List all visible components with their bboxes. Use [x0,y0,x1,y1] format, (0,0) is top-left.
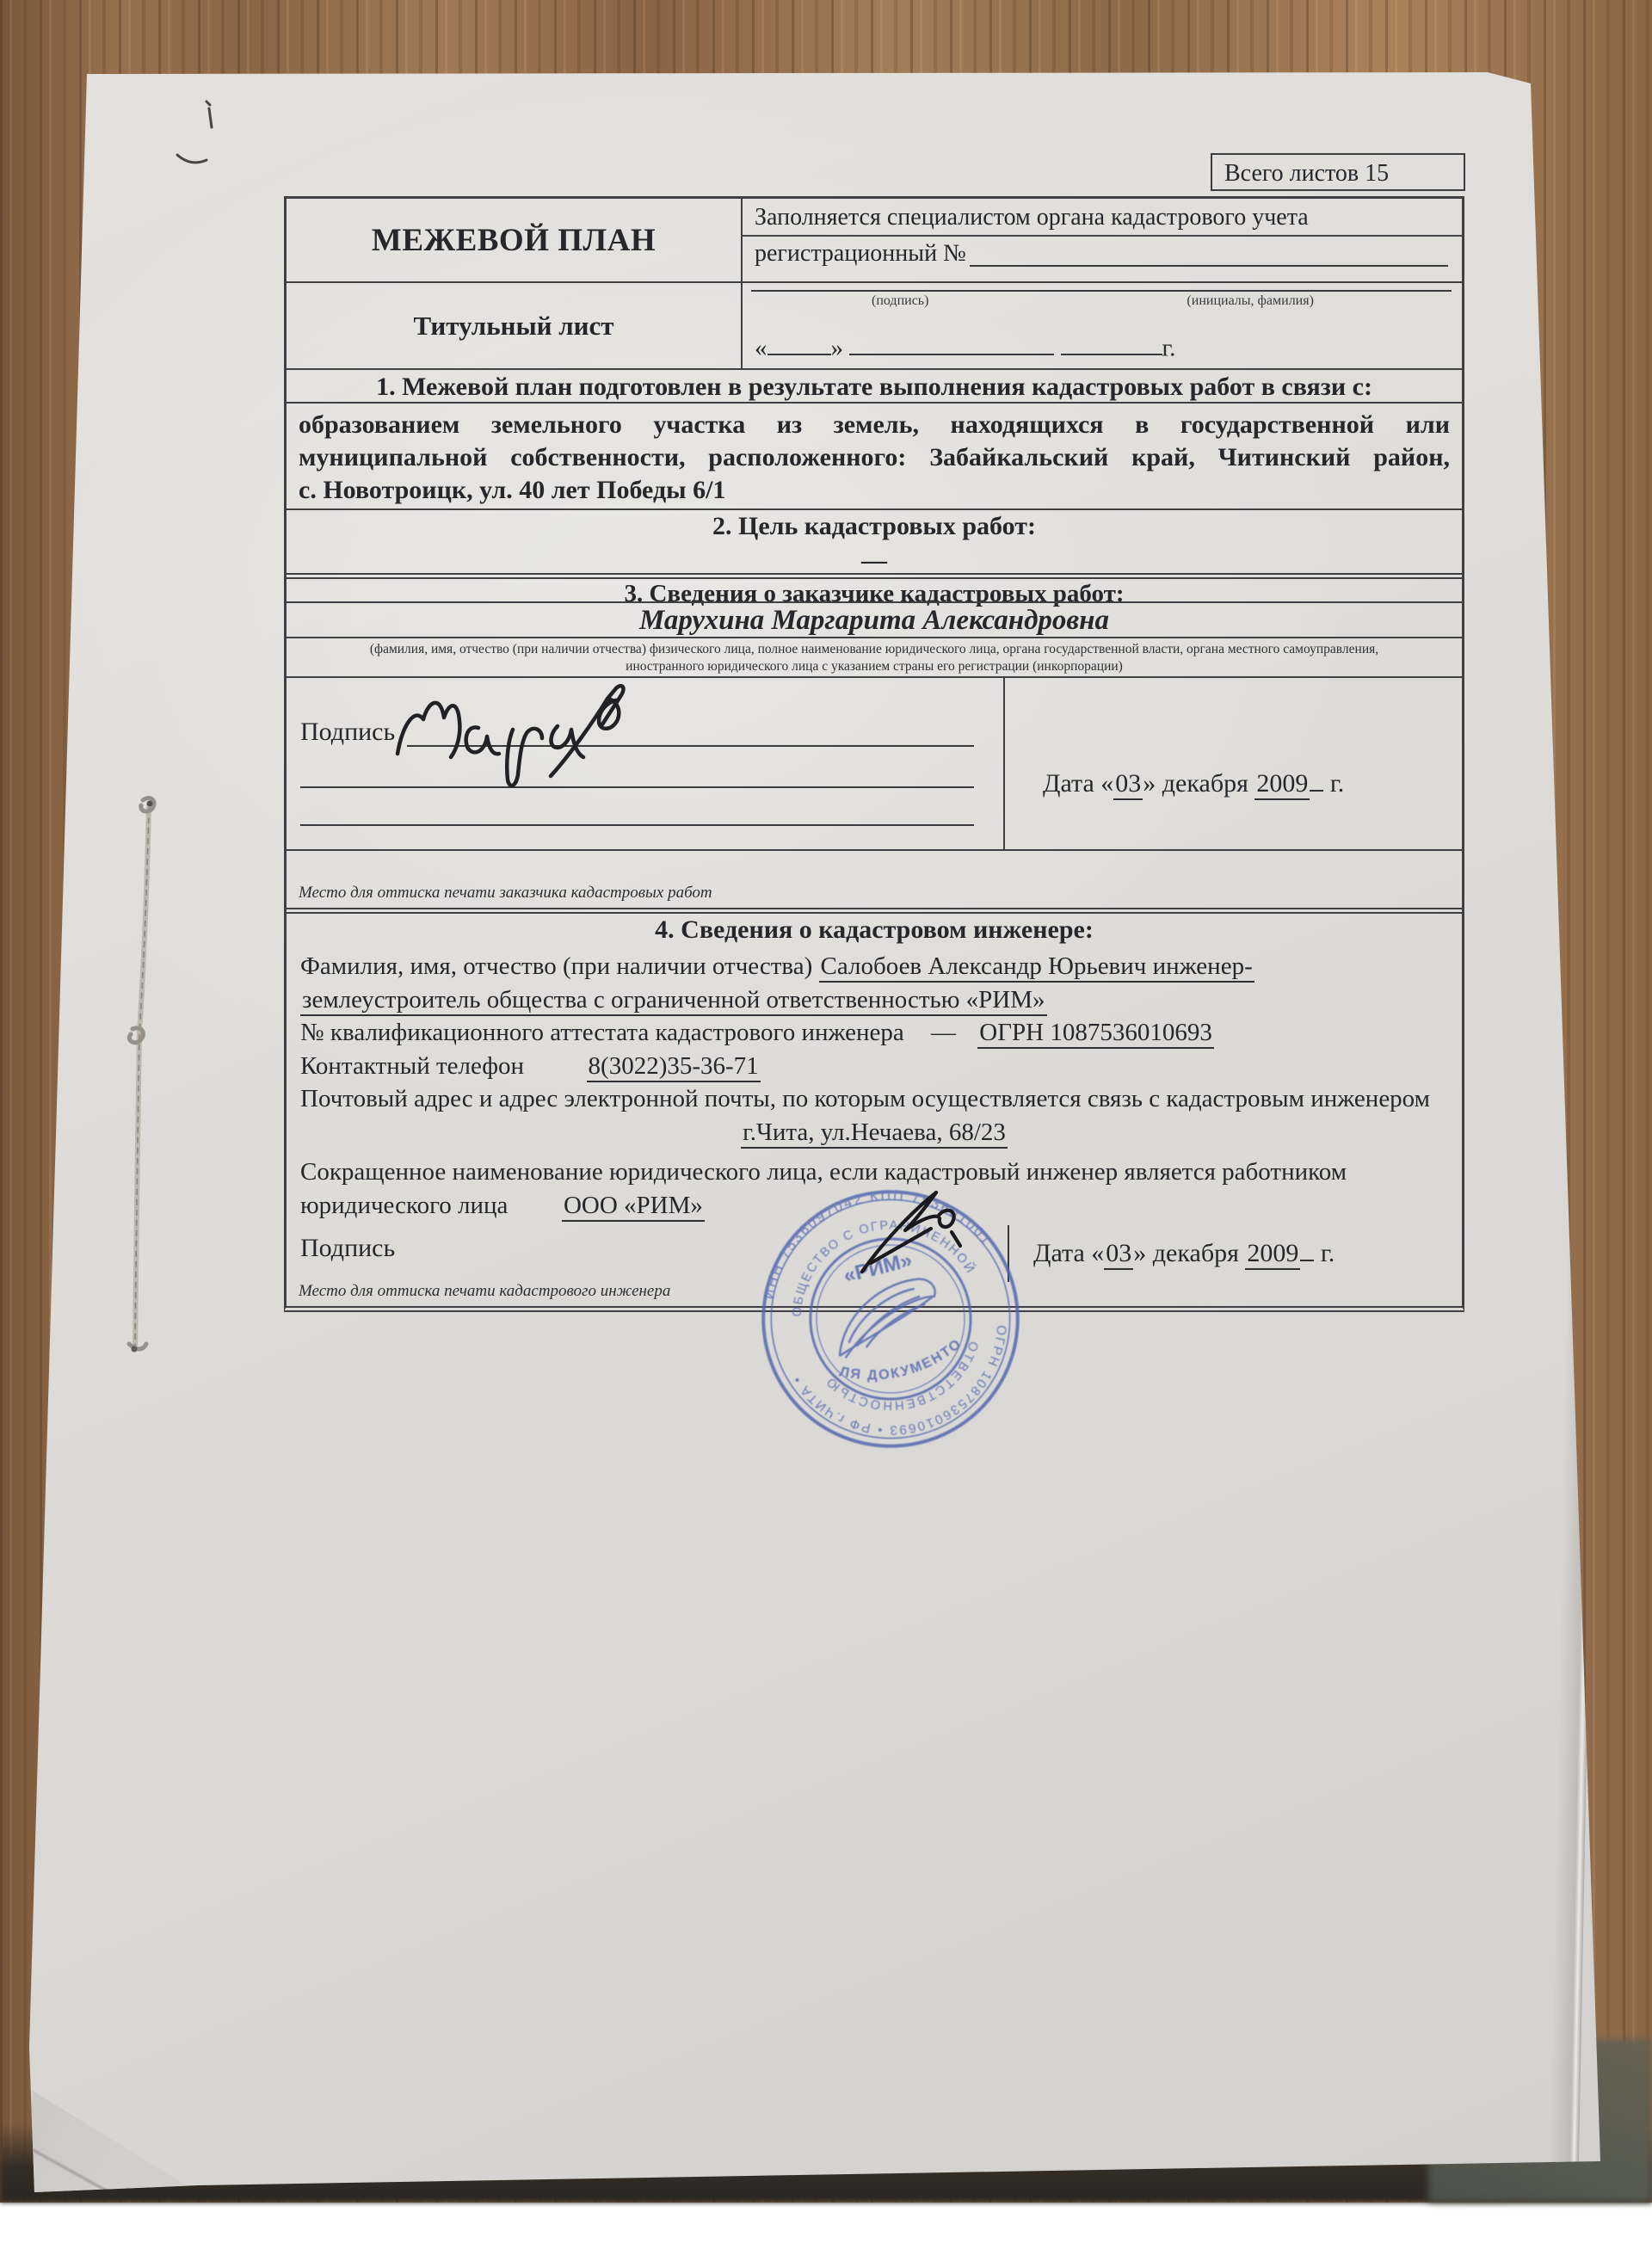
section1-line1: образованием земельного участка из земел… [299,409,1450,441]
signature-caption: (подпись) [872,293,928,309]
date-quote-open: « [1100,769,1113,798]
engineer-date-quote-open: « [1091,1239,1104,1267]
customer-caption-line2: иностранного юридического лица с указани… [287,658,1462,675]
registration-cell: Заполняется специалистом органа кадастро… [743,199,1462,281]
attestation-label: № квалификационного аттестата кадастрово… [300,1019,904,1046]
engineer-name-label: Фамилия, имя, отчество (при наличии отче… [300,952,812,980]
date-label: Дата [1043,769,1094,798]
phone-line: Контактный телефон 8(3022)35-36-71 [300,1050,1448,1083]
pen-mark [177,102,212,163]
stitch-hole-top [147,801,153,807]
photo-scene: Всего листов 15 МЕЖЕВОЙ ПЛАН Заполняется… [0,0,1652,2203]
registration-number-line: регистрационный № [743,237,1462,272]
year-blank [1061,328,1162,355]
official-date-blank-line: «» г. [755,328,1175,362]
customer-signature-label: Подпись [300,718,395,747]
section3-header-row: 3. Сведения о заказчике кадастровых рабо… [287,573,1462,601]
date-year: 2009 [1254,769,1310,800]
section2-value: — [287,546,1462,576]
date-month: декабря [1162,769,1248,798]
attestation-value: ОГРН 1087536010693 [977,1019,1214,1049]
section1-line3: с. Новотроицк, ул. 40 лет Победы 6/1 [299,474,1450,507]
section2-title: 2. Цель кадастровых работ: [287,512,1462,541]
engineer-name-value-2: землеустроитель общества с ограниченной … [300,986,1047,1016]
section2-row: 2. Цель кадастровых работ: — [287,508,1462,573]
quote-open: « [755,334,767,361]
date-suffix: г. [1330,769,1344,798]
document-title: МЕЖЕВОЙ ПЛАН [372,222,656,259]
section1-line2: муниципальной собственности, расположенн… [299,441,1450,474]
stamp-emblem-icon [826,1275,946,1359]
attestation-dash: — [910,1019,971,1046]
org-value: ООО «РИМ» [562,1192,705,1222]
filled-by-note: Заполняется специалистом органа кадастро… [743,199,1462,237]
document-subtitle-cell: Титульный лист [287,283,743,368]
registration-number-label: регистрационный № [755,240,966,272]
customer-caption-line1: (фамилия, имя, отчество (при наличии отч… [287,641,1462,658]
date-gap [1310,764,1323,792]
date-day: 03 [1113,769,1143,800]
engineer-date-month: декабря [1153,1239,1239,1267]
attestation-line: № квалификационного аттестата кадастрово… [300,1016,1448,1050]
customer-signature-blank [407,718,974,747]
section4-title: 4. Сведения о кадастровом инженере: [300,915,1448,945]
document-table: МЕЖЕВОЙ ПЛАН Заполняется специалистом ор… [284,196,1464,1312]
total-sheets-label: Всего листов 15 [1224,160,1389,187]
engineer-date-suffix: г. [1321,1239,1335,1267]
engineer-name-value-1: Салобоев Александр Юрьевич инженер- [819,952,1254,983]
signature-blank-line-2 [300,786,974,788]
engineer-date-label: Дата [1033,1239,1085,1267]
total-sheets-box: Всего листов 15 [1211,153,1465,191]
date-quote-close: » [1143,769,1156,798]
section1-body-row: образованием земельного участка из земел… [287,402,1462,508]
engineer-date-year: 2009 [1245,1239,1300,1270]
registration-number-blank [970,240,1448,267]
engineer-date-day: 03 [1104,1239,1133,1270]
quote-close: » [831,334,844,361]
thread-knot-middle [129,1028,143,1043]
document-title-cell: МЕЖЕВОЙ ПЛАН [287,199,743,281]
phone-value: 8(3022)35-36-71 [587,1052,761,1082]
official-signature-blank [751,290,1452,292]
engineer-date-quote-close: » [1133,1239,1146,1267]
engineer-date-gap [1300,1234,1314,1261]
address-label-line: Почтовый адрес и адрес электронной почты… [300,1082,1448,1116]
customer-stamp-note: Место для оттиска печати заказчика кадас… [299,884,712,903]
address-value: г.Чита, ул.Нечаева, 68/23 [741,1118,1008,1149]
customer-name: Марухина Маргарита Александровна [639,605,1109,636]
org-label-2: юридического лица [300,1192,508,1219]
section1-title: 1. Межевой план подготовлен в результате… [287,373,1462,402]
customer-signature-cell: Подпись [287,678,1005,849]
engineer-signature-label: Подпись [300,1234,395,1262]
month-blank [849,328,1054,355]
customer-date-cell: Дата «03» декабря 2009 г. [1005,678,1462,849]
document-paper: Всего листов 15 МЕЖЕВОЙ ПЛАН Заполняется… [0,0,1652,2203]
initials-caption: (инициалы, фамилия) [1187,293,1314,309]
stitch-hole-bottom [132,1346,138,1353]
customer-stamp-row: Место для оттиска печати заказчика кадас… [287,849,1462,908]
header-row-2: Титульный лист (подпись) (инициалы, фами… [287,281,1462,368]
phone-label: Контактный телефон [300,1052,524,1080]
customer-caption-row: (фамилия, имя, отчество (при наличии отч… [287,637,1462,676]
day-blank [767,328,831,355]
official-signature-cell: (подпись) (инициалы, фамилия) «» г. [743,283,1462,368]
engineer-date: Дата «03» декабря 2009 г. [1033,1234,1335,1268]
binding-thread [129,798,154,1353]
customer-signature-row: Подпись Дата «03» декабря 2009 г. [287,676,1462,849]
document-subtitle: Титульный лист [413,311,613,342]
thread-end-hook [129,1344,146,1349]
thread-knot-top [141,798,154,812]
customer-date: Дата «03» декабря 2009 г. [1043,764,1344,798]
engineer-stamp-note: Место для оттиска печати кадастрового ин… [299,1282,670,1301]
customer-signature-line: Подпись [300,718,974,747]
signature-captions: (подпись) (инициалы, фамилия) [743,293,1462,309]
signature-blank-line-3 [300,824,974,826]
year-suffix: г. [1162,334,1176,361]
engineer-name-line1: Фамилия, имя, отчество (при наличии отче… [300,950,1448,983]
engineer-name-line2: землеустроитель общества с ограниченной … [300,983,1448,1017]
section1-header-row: 1. Межевой план подготовлен в результате… [287,368,1462,402]
header-row-1: МЕЖЕВОЙ ПЛАН Заполняется специалистом ор… [287,199,1462,281]
address-value-line: г.Чита, ул.Нечаева, 68/23 [300,1116,1448,1149]
customer-name-row: Марухина Маргарита Александровна [287,601,1462,637]
